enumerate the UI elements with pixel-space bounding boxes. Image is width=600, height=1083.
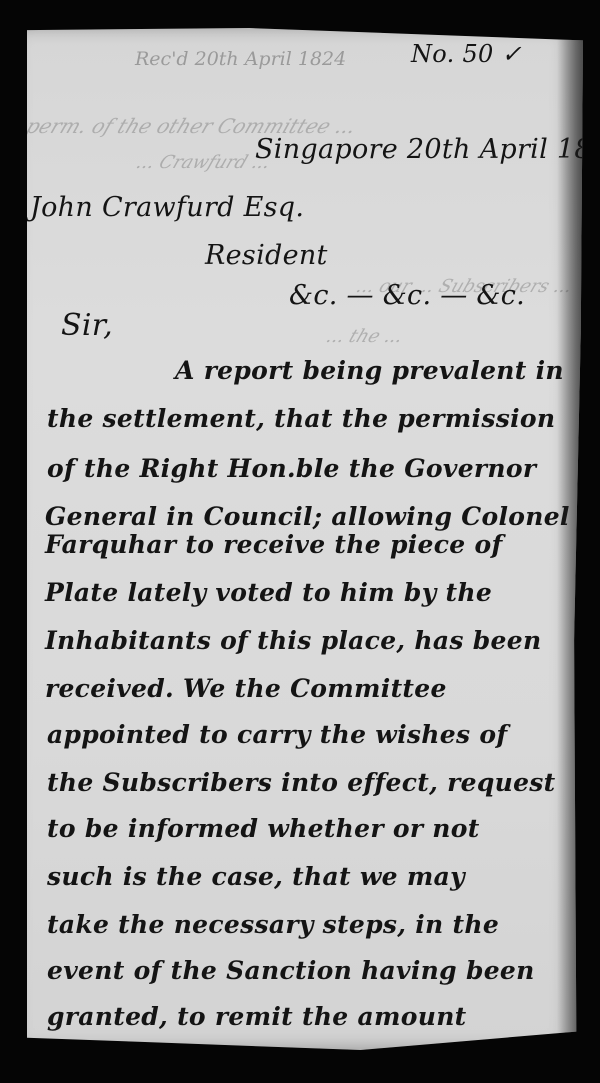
bleed-through-line: ... the ...: [323, 326, 406, 347]
body-line: of the Right Hon.ble the Governor: [47, 454, 536, 483]
body-line: such is the case, that we may: [47, 862, 465, 891]
body-line: Plate lately voted to him by the: [45, 578, 492, 607]
addressee-etc: &c. — &c. — &c.: [289, 280, 525, 311]
salutation: Sir,: [61, 308, 113, 343]
letter-page: perm. of the other Committee ... ... Cra…: [27, 26, 583, 1050]
body-line: Inhabitants of this place, has been: [45, 626, 541, 655]
body-line: the settlement, that the permission: [47, 404, 555, 433]
body-line: A report being prevalent in: [175, 356, 564, 385]
place-and-date: Singapore 20th April 1824: [255, 134, 600, 165]
reference-number: No. 50 ✓: [411, 40, 522, 68]
body-line: granted, to remit the amount: [47, 1002, 467, 1031]
addressee-title: Resident: [205, 240, 328, 271]
body-line: the Subscribers into effect, request: [47, 768, 556, 797]
addressee-name: John Crawfurd Esq.: [30, 192, 304, 223]
docket-note: Rec'd 20th April 1824: [135, 48, 346, 70]
body-line: to be informed whether or not: [47, 814, 480, 843]
microfilm-scan: perm. of the other Committee ... ... Cra…: [0, 0, 600, 1083]
body-line: take the necessary steps, in the: [47, 910, 499, 939]
bleed-through-line: ... Crawfurd ...: [133, 152, 273, 173]
body-line: General in Council; allowing Colonel: [45, 502, 570, 531]
body-line: appointed to carry the wishes of: [47, 720, 507, 749]
body-line: event of the Sanction having been: [47, 956, 535, 985]
body-line: Farquhar to receive the piece of: [45, 530, 503, 559]
body-line: received. We the Committee: [45, 674, 447, 703]
